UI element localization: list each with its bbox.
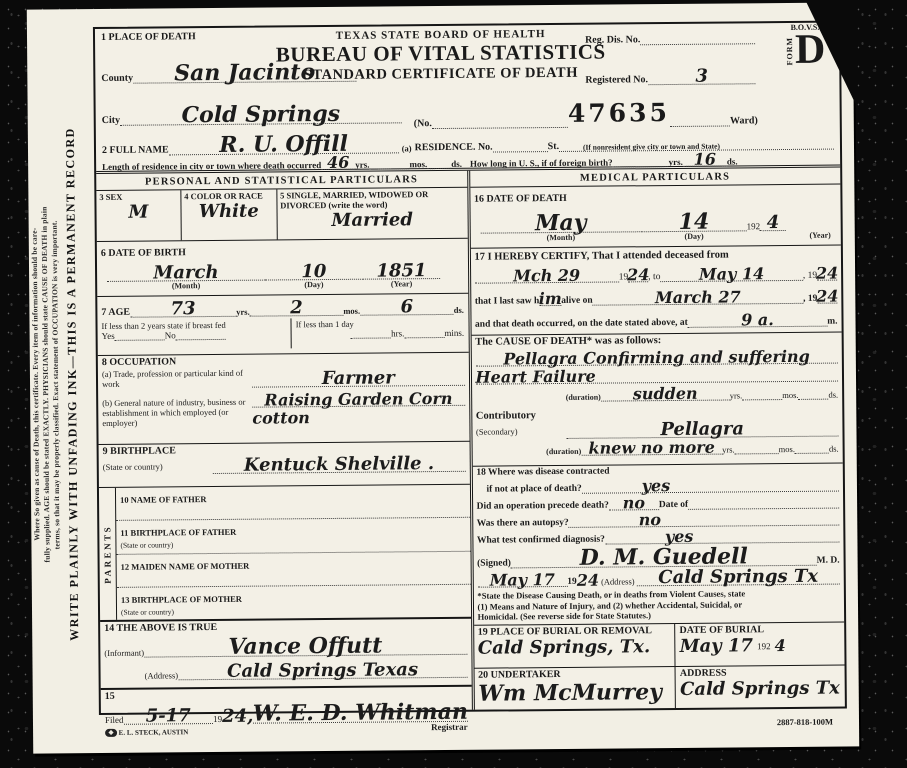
marital-cell: 5 SINGLE, MARRIED, WIDOWED OR DIVORCED (… (277, 188, 467, 240)
mother-birthplace-row: 13 BIRTHPLACE OF MOTHER (State or countr… (117, 585, 471, 620)
dob-month-value: March (153, 264, 218, 283)
burial-year-pre: 192 (757, 641, 771, 651)
signed-date-line: May 17 (477, 570, 567, 588)
occupation-b-value1: Raising Garden Corn (264, 391, 452, 409)
contrib-duration-yrs-line: knew no more (581, 438, 722, 456)
printer-mark: ❖ E. L. STECK, AUSTIN (105, 728, 188, 737)
birthplace-line: Kentuck Shelville . (213, 443, 466, 474)
signed-year-pre: 19 (567, 577, 577, 587)
parents-section: PARENTS 10 NAME OF FATHER 11 BIRTHPLACE … (99, 485, 471, 622)
undertaker-value: Wm McMurrey (478, 679, 662, 707)
signed-date-value: May 17 (490, 572, 555, 589)
informant-address-label: (Address) (145, 670, 179, 680)
contrib-mos-unit: mos. (779, 444, 795, 454)
race-value: White (199, 201, 259, 223)
fullname-line: R. U. Offill (169, 130, 399, 155)
howlong-ds-unit: ds. (727, 156, 738, 166)
dod-label: 16 DATE OF DEATH (474, 193, 567, 205)
q18b-label: if not at place of death? (486, 484, 581, 495)
informant-address-value: Cald Springs Texas (227, 661, 418, 681)
marital-value: Married (331, 209, 413, 231)
burial-date-value: May 17 (680, 636, 754, 658)
lastsaw-fill-line: im (539, 289, 561, 306)
burial-place-cell: 19 PLACE OF BURIAL OR REMOVAL Cald Sprin… (474, 624, 676, 667)
date-of-death-row: 16 DATE OF DEATH May 14 192 4 (Month) (D… (470, 185, 841, 249)
contributory-section: Contributory (Secondary) Pellagra (durat… (472, 407, 843, 467)
dod-day-value: 14 (679, 211, 710, 233)
print-order-number: 2887-818-100M (777, 717, 833, 727)
margin-note-line3: terms, so that it may be properly classi… (50, 220, 62, 549)
mins-line (404, 337, 444, 338)
date-of-label: Date of (659, 500, 688, 510)
cause-duration-ds-line (799, 399, 829, 400)
undertaker-address-label: ADDRESS (680, 666, 841, 678)
dob-year-value: 1851 (376, 262, 426, 280)
from-year-line: 24 (628, 265, 648, 282)
form-header: 1 PLACE OF DEATH TEXAS STATE BOARD OF HE… (95, 23, 840, 174)
form-body: PERSONAL AND STATISTICAL PARTICULARS 3 S… (96, 168, 845, 713)
informant-address-line: Cald Springs Texas (178, 659, 467, 681)
certificate-form: 1 PLACE OF DEATH TEXAS STATE BOARD OF HE… (93, 21, 847, 716)
yes-line (115, 339, 165, 340)
dod-year-line: 4 (760, 212, 786, 231)
county-label: County (101, 73, 133, 84)
city-label: City (102, 115, 120, 126)
cause-duration-caption: (duration) (566, 393, 601, 402)
length-ds-line (427, 168, 451, 169)
dob-day-line: 10 (265, 261, 363, 281)
informant-section: 14 THE ABOVE IS TRUE (Informant) Vance O… (100, 619, 471, 690)
occurred-time-line: 9 a. (688, 310, 828, 328)
cause-line1: Pellagra Confirming and suffering (475, 347, 838, 367)
contrib-duration-caption: (duration) (546, 447, 581, 456)
to-label: , to (648, 272, 660, 282)
contrib-ds-unit: ds. (829, 444, 839, 454)
occurred-time-value: 9 a. (741, 312, 774, 328)
contrib-duration-ds-line (795, 453, 829, 454)
to-year-line: 24 (817, 264, 837, 281)
burial-section: 19 PLACE OF BURIAL OR REMOVAL Cald Sprin… (474, 622, 845, 710)
attended-to-line: May 14 (660, 264, 803, 282)
filed-date-value: 5-17 (146, 707, 191, 725)
age-label: 7 AGE (101, 307, 130, 318)
burial-date-label: DATE OF BURIAL (679, 624, 840, 636)
margin-warning: WRITE PLAINLY WITH UNFADING INK—THIS IS … (63, 127, 82, 641)
ward-number-line: (No. 47635 Ward) (414, 97, 758, 129)
date-of-birth-row: 6 DATE OF BIRTH March 10 1851 (Month) (D… (97, 239, 468, 297)
certificate-paper: Where So given as cause of Death, this c… (27, 2, 859, 753)
q18b-line: yes (582, 475, 839, 494)
howlong-yrs-unit: yrs. (669, 157, 683, 167)
md-label: M. D. (817, 556, 840, 566)
occupation-row: 8 OCCUPATION (a) Trade, profession or pa… (98, 353, 469, 445)
marital-label: 5 SINGLE, MARRIED, WIDOWED OR DIVORCED (… (280, 189, 464, 211)
burial-date-cell: DATE OF BURIAL May 17 192 4 (675, 623, 844, 666)
father-birthplace-row: 11 BIRTHPLACE OF FATHER (State or countr… (116, 518, 470, 554)
dod-year-caption: (Year) (747, 231, 831, 241)
reg-dis-field: Reg. Dis. No. (585, 33, 755, 45)
mins-unit: mins. (444, 328, 464, 338)
lessthan1day-cell: If less than 1 day hrs. mins. (292, 317, 469, 349)
operation-line: no (609, 493, 659, 510)
contributory-value2: knew no more (588, 440, 714, 457)
left-margin-notes: Where So given as cause of Death, this c… (28, 33, 96, 736)
reg-dis-label: Reg. Dis. No. (585, 34, 640, 45)
occupation-a-line: Farmer (252, 367, 465, 388)
cause3-value: sudden (633, 386, 698, 403)
length-yrs-line: 46 (321, 153, 355, 170)
howlong-label: How long in U. S., if of foreign birth? (470, 158, 613, 169)
occurred-statement: and that death occurred, on the date sta… (475, 318, 688, 330)
length-ds-unit: ds. (451, 159, 462, 169)
lastsaw-year-value: 24 (816, 289, 838, 305)
birthplace-value: Kentuck Shelville . (244, 455, 434, 475)
father-birthplace-label: 11 BIRTHPLACE OF FATHER (120, 527, 260, 538)
length-mos-unit: mos. (409, 159, 427, 169)
signed-value: D. M. Guedell (580, 545, 748, 568)
age-yrs-line: 73 (130, 298, 236, 318)
filed-year-hw: 24, (222, 708, 253, 726)
lastsaw-post: alive on (561, 296, 592, 306)
length-yrs-value: 46 (327, 155, 349, 171)
attended-from-line: Mch 29 (475, 265, 619, 283)
cause-yrs-unit: yrs. (730, 390, 743, 400)
father-name-row: 10 NAME OF FATHER (116, 485, 470, 521)
occupation-a-value: Farmer (322, 369, 395, 388)
informant-label: (Informant) (104, 648, 144, 658)
age-mos-value: 2 (290, 299, 303, 317)
registrar-sig-line: W. E. D. Whitman (253, 699, 467, 724)
mother-birthplace-sub: (State or country) (121, 605, 467, 617)
race-cell: 4 COLOR OR RACE White (181, 189, 277, 240)
dob-month-line: March (107, 262, 265, 282)
sex-cell: 3 SEX M (96, 190, 181, 241)
age-yrs-unit: yrs. (236, 307, 250, 317)
informant-value: Vance Offutt (228, 635, 382, 658)
sex-value-wrap: M (99, 201, 177, 221)
parents-vertical-label: PARENTS (102, 524, 113, 583)
hrs-unit: hrs. (391, 328, 404, 338)
dod-month-value: May (535, 212, 587, 234)
length-mos-line (369, 168, 409, 169)
yes-label: Yes (102, 331, 115, 341)
burial-year-hw: 4 (774, 636, 785, 655)
age-ds-line: 6 (360, 296, 454, 316)
lastsaw-pre: that I last saw h (475, 296, 539, 307)
footnote-line3: Homicidal. (See reverse side for State S… (478, 609, 841, 623)
cause-duration-yrs-line: sudden (601, 383, 730, 401)
mother-maiden-label: 12 MAIDEN NAME OF MOTHER (121, 560, 261, 571)
secondary-label: (Secondary) (476, 426, 518, 436)
city-value: Cold Springs (181, 103, 340, 126)
age-ds-unit: ds. (454, 305, 464, 315)
signed-year-hw: 24 (577, 573, 599, 589)
registrar-signature: W. E. D. Whitman (253, 701, 468, 725)
scanned-death-certificate: { "units": {"yrs": "yrs.", "mos": "mos."… (0, 0, 907, 768)
registered-no-field: Registered No. 3 (585, 65, 755, 85)
contrib-duration-mos-line (735, 453, 779, 454)
age-ds-value: 6 (401, 298, 414, 316)
dod-month-line: May (480, 209, 641, 233)
howlong-value: 16 (694, 152, 716, 168)
occurred-m: m. (827, 317, 837, 327)
sex-value: M (128, 202, 148, 223)
operation-value: no (623, 495, 645, 511)
occupation-b-label: (b) General nature of industry, business… (102, 397, 252, 428)
form-word-vertical: FORM (785, 37, 794, 66)
signed-label: (Signed) (477, 558, 511, 568)
parents-vertical-label-wrap: PARENTS (99, 488, 117, 620)
filed-label: Filed (105, 715, 124, 725)
autopsy-value: no (639, 512, 661, 528)
race-label: 4 COLOR OR RACE (184, 190, 273, 201)
county-field: County San Jacinto (101, 59, 356, 84)
hrs-line (351, 337, 391, 338)
sex-race-marital-row: 3 SEX M 4 COLOR OR RACE White 5 SINGLE, … (96, 188, 467, 242)
occupation-b-line1: Raising Garden Corn (252, 389, 465, 408)
certificate-number-stamp: 47635 (568, 98, 670, 128)
father-name-label: 10 NAME OF FATHER (120, 494, 260, 505)
lastsaw-fill-value: im (539, 291, 562, 307)
cause2-value: Heart Failure (475, 369, 595, 386)
occupation-a-label: (a) Trade, profession or particular kind… (102, 368, 252, 389)
length-yrs-unit: yrs. (355, 160, 369, 170)
reg-dis-line (640, 43, 755, 45)
cause-footnote: *State the Disease Causing Death, or in … (473, 586, 844, 625)
lastsaw-year-line: 24 (817, 287, 837, 304)
dod-day-line: 14 (641, 208, 746, 232)
contributory-label: Contributory (476, 410, 566, 422)
dob-day-value: 10 (301, 263, 326, 281)
dob-year-line: 1851 (363, 260, 440, 280)
race-value-wrap: White (184, 200, 273, 220)
no-line (176, 339, 226, 340)
cause-line2: Heart Failure (475, 365, 838, 385)
city-field: City Cold Springs (102, 100, 402, 126)
county-line: San Jacinto (133, 59, 357, 84)
signed-line: D. M. Guedell (511, 543, 817, 569)
cause-label: The CAUSE OF DEATH* was as follows: (475, 334, 838, 348)
attended-to-value: May 14 (699, 266, 764, 283)
undertaker-cell: 20 UNDERTAKER Wm McMurrey (474, 667, 676, 710)
to-year-value: 24 (816, 266, 838, 282)
autopsy-label: Was there an autopsy? (477, 518, 569, 529)
disease-questions-section: 18 Where was disease contracted if not a… (472, 464, 844, 589)
age-mos-unit: mos. (343, 306, 360, 316)
certification-section: 17 I HEREBY CERTIFY, That I attended dec… (470, 246, 841, 336)
no-open-paren: (No. (414, 118, 432, 129)
cause-of-death-section: The CAUSE OF DEATH* was as follows: Pell… (471, 333, 842, 410)
contrib-yrs-unit: yrs. (722, 444, 735, 454)
registered-no-label: Registered No. (585, 74, 648, 86)
birthplace-row: 9 BIRTHPLACE (State or country) Kentuck … (99, 442, 470, 488)
no-label: No (165, 330, 176, 340)
test-value: yes (665, 529, 694, 545)
dod-year-hw: 4 (767, 214, 780, 232)
attended-from-value: Mch 29 (513, 268, 580, 285)
undertaker-address-cell: ADDRESS Cald Springs Tx (676, 665, 845, 708)
age-mos-line: 2 (250, 297, 344, 317)
county-value: San Jacinto (174, 61, 315, 84)
lastsaw-date-line: March 27 (593, 287, 804, 306)
age-yrs-value: 73 (170, 300, 195, 318)
certify-statement: 17 I HEREBY CERTIFY, That I attended dec… (474, 249, 837, 263)
medical-column: MEDICAL PARTICULARS 16 DATE OF DEATH May… (470, 168, 845, 710)
union-bug-icon: ❖ (105, 729, 117, 737)
occupation-b-extra: cotton (252, 407, 465, 427)
from-year-value: 24 (627, 267, 649, 283)
filed-date-line: 5-17 (123, 705, 213, 725)
contributory-line1: Pellagra (566, 418, 839, 439)
father-birthplace-sub: (State or country) (120, 538, 466, 550)
mother-maiden-row: 12 MAIDEN NAME OF MOTHER (117, 551, 471, 587)
howlong-yrs-line (613, 166, 669, 167)
printer-name: E. L. STECK, AUSTIN (119, 728, 189, 737)
sex-label: 3 SEX (99, 191, 177, 202)
birthplace-sub: (State or country) (103, 461, 163, 472)
mother-birthplace-label: 13 BIRTHPLACE OF MOTHER (121, 593, 261, 604)
undertaker-address-value: Cald Springs Tx (680, 677, 840, 699)
city-line: Cold Springs (120, 100, 402, 125)
burial-place-value: Cald Springs, Tx. (478, 636, 651, 659)
signed-address-line: Cald Springs Tx (636, 566, 839, 587)
birthplace-label: 9 BIRTHPLACE (103, 445, 213, 457)
marital-value-wrap: Married (280, 209, 464, 230)
cause-duration-mos-line (742, 399, 782, 400)
place-of-death-label: 1 PLACE OF DEATH (101, 31, 196, 43)
cause1-value: Pellagra Confirming and suffering (503, 349, 810, 368)
filed-year-pre: 19 (213, 714, 222, 724)
age-row: 7 AGE 73 yrs. 2 mos. 6 ds. If less than … (97, 294, 468, 356)
occupation-b-value2: cotton (252, 408, 310, 428)
form-letter-d: D (795, 32, 826, 70)
contributory-value1: Pellagra (660, 420, 744, 439)
breastfed-cell: If less than 2 years state if breast fed… (97, 318, 291, 350)
registered-no-line: 3 (648, 65, 756, 85)
registered-no-value: 3 (695, 68, 708, 86)
signed-address-label: (Address) (601, 576, 635, 586)
personal-column: PERSONAL AND STATISTICAL PARTICULARS 3 S… (96, 171, 474, 713)
dob-label: 6 DATE OF BIRTH (101, 247, 186, 259)
signed-address-value: Cald Springs Tx (658, 568, 818, 587)
length-label: Length of residence in city or town wher… (102, 160, 321, 172)
howlong-value-line: 16 (683, 150, 727, 167)
dod-year-pre: 192 (747, 221, 761, 231)
informant-line: Vance Offutt (144, 632, 467, 658)
cause-ds-unit: ds. (828, 390, 838, 400)
cause-mos-unit: mos. (782, 390, 798, 400)
lastsaw-date-value: March 27 (655, 289, 741, 306)
q18b-value: yes (642, 478, 671, 494)
ward-close-paren: Ward) (730, 115, 758, 126)
